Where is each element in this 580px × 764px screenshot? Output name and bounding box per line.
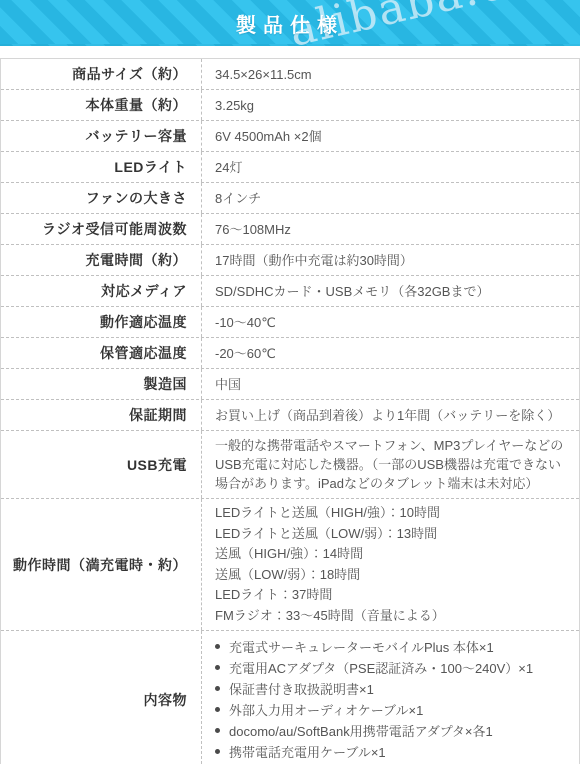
bullet-icon xyxy=(215,707,220,712)
spec-value: お買い上げ（商品到着後）より1年間（バッテリーを除く） xyxy=(201,400,579,430)
list-item: 保証書付き取扱説明書×1 xyxy=(215,679,533,700)
operating-time-line: 送風（HIGH/強）：14時間 xyxy=(215,544,445,565)
spec-label: USB充電 xyxy=(1,431,201,498)
spec-row: 動作時間（満充電時・約）LEDライトと送風（HIGH/強）：10時間LEDライト… xyxy=(1,498,579,630)
list-item-text: 携帯電話充電用ケーブル×1 xyxy=(229,742,386,763)
list-item-text: 充電式サーキュレーターモバイルPlus 本体×1 xyxy=(229,637,494,658)
spec-label: バッテリー容量 xyxy=(1,121,201,151)
package-contents-list: 充電式サーキュレーターモバイルPlus 本体×1充電用ACアダプタ（PSE認証済… xyxy=(215,637,533,763)
spec-row: USB充電一般的な携帯電話やスマートフォン、MP3プレイヤーなどのUSB充電に対… xyxy=(1,430,579,498)
spec-row: 保管適応温度-20～60℃ xyxy=(1,337,579,368)
spec-label: 製造国 xyxy=(1,369,201,399)
spec-row: 動作適応温度-10～40℃ xyxy=(1,306,579,337)
bullet-icon xyxy=(215,686,220,691)
spec-value: 6V 4500mAh ×2個 xyxy=(201,121,579,151)
list-item: 外部入力用オーディオケーブル×1 xyxy=(215,700,533,721)
list-item: 充電式サーキュレーターモバイルPlus 本体×1 xyxy=(215,637,533,658)
spec-label: 対応メディア xyxy=(1,276,201,306)
bullet-icon xyxy=(215,749,220,754)
spec-row: 充電時間（約）17時間（動作中充電は約30時間） xyxy=(1,244,579,275)
product-spec-table: 商品サイズ（約）34.5×26×11.5cm本体重量（約）3.25kgバッテリー… xyxy=(0,58,580,764)
spec-value: 一般的な携帯電話やスマートフォン、MP3プレイヤーなどのUSB充電に対応した機器… xyxy=(201,431,579,498)
operating-time-line: LEDライト：37時間 xyxy=(215,585,445,606)
list-item: 携帯電話充電用ケーブル×1 xyxy=(215,742,533,763)
spec-value: -10～40℃ xyxy=(201,307,579,337)
spec-value: 中国 xyxy=(201,369,579,399)
spec-label: 保管適応温度 xyxy=(1,338,201,368)
list-item-text: 外部入力用オーディオケーブル×1 xyxy=(229,700,423,721)
spec-value: 76～108MHz xyxy=(201,214,579,244)
spec-value: -20～60℃ xyxy=(201,338,579,368)
spec-value: 充電式サーキュレーターモバイルPlus 本体×1充電用ACアダプタ（PSE認証済… xyxy=(201,631,579,764)
bullet-icon xyxy=(215,665,220,670)
spec-value: LEDライトと送風（HIGH/強）：10時間LEDライトと送風（LOW/弱）：1… xyxy=(201,499,579,630)
spec-row: ファンの大きさ8インチ xyxy=(1,182,579,213)
bullet-icon xyxy=(215,644,220,649)
spec-label: 内容物 xyxy=(1,631,201,764)
spec-value: 8インチ xyxy=(201,183,579,213)
spec-row: 商品サイズ（約）34.5×26×11.5cm xyxy=(1,59,579,89)
spec-label: 動作適応温度 xyxy=(1,307,201,337)
spec-header-banner: 製品仕様 xyxy=(0,0,580,46)
operating-time-line: LEDライトと送風（HIGH/強）：10時間 xyxy=(215,503,445,524)
spec-value: 24灯 xyxy=(201,152,579,182)
spec-row: ラジオ受信可能周波数76～108MHz xyxy=(1,213,579,244)
list-item: 充電用ACアダプタ（PSE認証済み・100～240V）×1 xyxy=(215,658,533,679)
spec-row: LEDライト24灯 xyxy=(1,151,579,182)
spec-value: 17時間（動作中充電は約30時間） xyxy=(201,245,579,275)
spec-label: 本体重量（約） xyxy=(1,90,201,120)
spec-table-body: 商品サイズ（約）34.5×26×11.5cm本体重量（約）3.25kgバッテリー… xyxy=(1,59,579,764)
spec-row: 保証期間お買い上げ（商品到着後）より1年間（バッテリーを除く） xyxy=(1,399,579,430)
list-item: docomo/au/SoftBank用携帯電話アダプタ×各1 xyxy=(215,721,533,742)
operating-time-line: FMラジオ：33～45時間（音量による） xyxy=(215,606,445,627)
list-item-text: 保証書付き取扱説明書×1 xyxy=(229,679,374,700)
spec-value: 3.25kg xyxy=(201,90,579,120)
spec-label: LEDライト xyxy=(1,152,201,182)
spec-value: 34.5×26×11.5cm xyxy=(201,59,579,89)
bullet-icon xyxy=(215,728,220,733)
spec-value: SD/SDHCカード・USBメモリ（各32GBまで） xyxy=(201,276,579,306)
spec-label: 充電時間（約） xyxy=(1,245,201,275)
spec-row: バッテリー容量6V 4500mAh ×2個 xyxy=(1,120,579,151)
spec-label: 商品サイズ（約） xyxy=(1,59,201,89)
spec-row: 本体重量（約）3.25kg xyxy=(1,89,579,120)
spec-row: 製造国中国 xyxy=(1,368,579,399)
list-item-text: 充電用ACアダプタ（PSE認証済み・100～240V）×1 xyxy=(229,658,533,679)
spec-row: 対応メディアSD/SDHCカード・USBメモリ（各32GBまで） xyxy=(1,275,579,306)
spec-row: 内容物充電式サーキュレーターモバイルPlus 本体×1充電用ACアダプタ（PSE… xyxy=(1,630,579,764)
operating-time-lines: LEDライトと送風（HIGH/強）：10時間LEDライトと送風（LOW/弱）：1… xyxy=(215,503,445,626)
page-title: 製品仕様 xyxy=(0,0,580,46)
spec-label: 動作時間（満充電時・約） xyxy=(1,499,201,630)
spec-label: ラジオ受信可能周波数 xyxy=(1,214,201,244)
operating-time-line: 送風（LOW/弱）：18時間 xyxy=(215,565,445,586)
spec-label: ファンの大きさ xyxy=(1,183,201,213)
list-item-text: docomo/au/SoftBank用携帯電話アダプタ×各1 xyxy=(229,721,493,742)
operating-time-line: LEDライトと送風（LOW/弱）：13時間 xyxy=(215,524,445,545)
spec-label: 保証期間 xyxy=(1,400,201,430)
